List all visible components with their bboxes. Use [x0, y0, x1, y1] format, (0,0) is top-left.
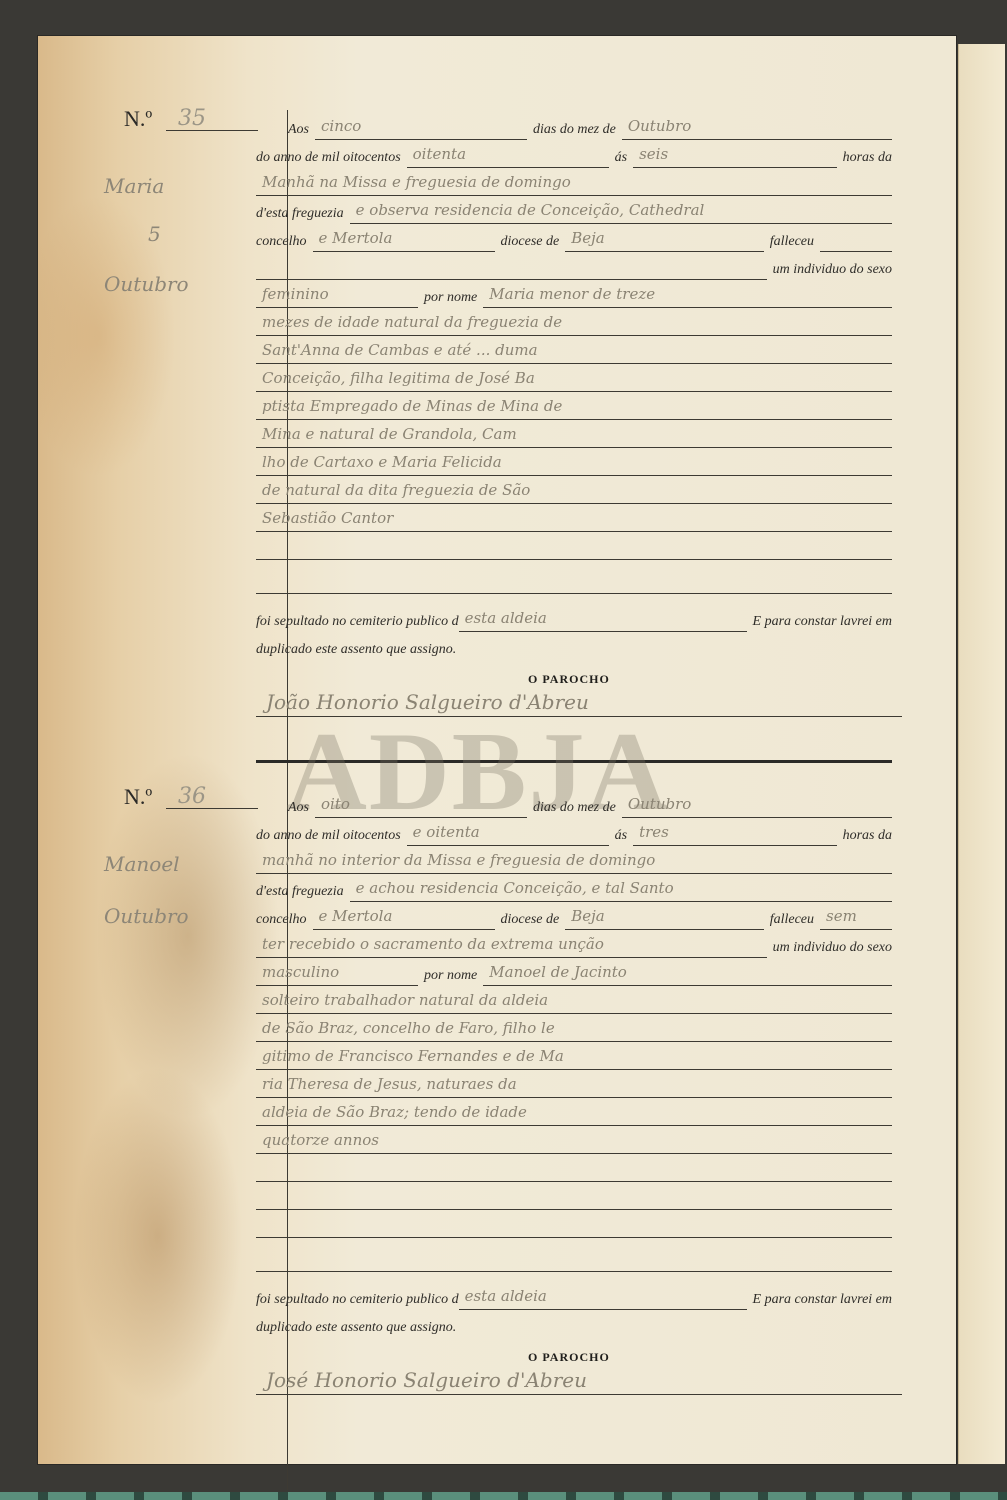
margin-note-month: Outubro [104, 272, 189, 296]
body-line: Conceição, filha legitima de José Ba [256, 366, 892, 392]
body-line [256, 1246, 892, 1272]
year-field: e oitenta [407, 823, 609, 846]
line-anno: do anno de mil oitocentos e oitenta ás t… [256, 820, 892, 846]
body-line: ptista Empregado de Minas de Mina de [256, 394, 892, 420]
line-aos: Aos cinco dias do mez de Outubro [256, 114, 892, 140]
body-line: lho de Cartaxo e Maria Felicida [256, 450, 892, 476]
year-field: oitenta [407, 145, 609, 168]
body-line: solteiro trabalhador natural da aldeia [256, 988, 892, 1014]
line-nome: masculino por nome Manoel de Jacinto [256, 960, 892, 986]
number-label: N.º [124, 106, 152, 132]
line-3: manhã no interior da Missa e freguesia d… [256, 848, 892, 874]
line-sepultado: foi sepultado no cemiterio publico d est… [256, 1284, 892, 1310]
hour-field: tres [633, 823, 836, 846]
body-line [256, 1156, 892, 1182]
diocese-field: Beja [565, 907, 763, 930]
line-sexo: um individuo do sexo [256, 254, 892, 280]
county-field: e Mertola [313, 907, 495, 930]
hour-field: seis [633, 145, 836, 168]
body-line [256, 534, 892, 560]
line-freguezia: d'esta freguezia e observa residencia de… [256, 198, 892, 224]
body-line: mezes de idade natural da freguezia de [256, 310, 892, 336]
line-anno: do anno de mil oitocentos oitenta ás sei… [256, 142, 892, 168]
parish-priest-label: O PAROCHO [528, 672, 610, 687]
body-line [256, 568, 892, 594]
line-nome: feminino por nome Maria menor de treze [256, 282, 892, 308]
line-3: Manhã na Missa e freguesia de domingo [256, 170, 892, 196]
parish-priest-label: O PAROCHO [528, 1350, 610, 1365]
line-concelho: concelho e Mertola diocese de Beja falle… [256, 226, 892, 252]
margin-note-name: Manoel [104, 852, 180, 876]
body-line: ria Theresa de Jesus, naturaes da [256, 1072, 892, 1098]
line-sexo: ter recebido o sacramento da extrema unç… [256, 932, 892, 958]
parish-field: e observa residencia de Conceição, Cathe… [350, 201, 892, 224]
body-line: Sant'Anna de Cambas e até ... duma [256, 338, 892, 364]
diocese-field: Beja [565, 229, 763, 252]
line-sepultado: foi sepultado no cemiterio publico d est… [256, 606, 892, 632]
body-line [256, 1212, 892, 1238]
record-number: 36 [166, 784, 258, 809]
body-line [256, 1184, 892, 1210]
margin-note-month: Outubro [104, 904, 189, 928]
cemetery-field: esta aldeia [459, 609, 747, 632]
body-line: gitimo de Francisco Fernandes e de Ma [256, 1044, 892, 1070]
body-line: aldeia de São Braz; tendo de idade [256, 1100, 892, 1126]
line-aos: Aos oito dias do mez de Outubro [256, 792, 892, 818]
body-line: de São Braz, concelho de Faro, filho le [256, 1016, 892, 1042]
line-freguezia: d'esta freguezia e achou residencia Conc… [256, 876, 892, 902]
name-field: Manoel de Jacinto [483, 963, 892, 986]
cemetery-field: esta aldeia [459, 1287, 747, 1310]
margin-note-name: Maria [104, 174, 164, 198]
month-field: Outubro [622, 117, 892, 140]
body-line: de natural da dita freguezia de São [256, 478, 892, 504]
bottom-color-strip [0, 1492, 1007, 1500]
county-field: e Mertola [313, 229, 495, 252]
record-number: 35 [166, 106, 258, 131]
sex-field: feminino [256, 285, 418, 308]
line-duplicado: duplicado este assento que assigno. [256, 1312, 892, 1338]
line-duplicado: duplicado este assento que assigno. [256, 634, 892, 660]
day-field: cinco [315, 117, 527, 140]
body-line: quatorze annos [256, 1128, 892, 1154]
number-label: N.º [124, 784, 152, 810]
parish-field: e achou residencia Conceição, e tal Sant… [350, 879, 892, 902]
adjacent-page-edge [958, 44, 1005, 1464]
name-field: Maria menor de treze [483, 285, 892, 308]
month-field: Outubro [622, 795, 892, 818]
priest-signature: José Honorio Salgueiro d'Abreu [256, 1368, 902, 1395]
margin-note-day: 5 [148, 222, 161, 246]
sex-field: masculino [256, 963, 418, 986]
line-concelho: concelho e Mertola diocese de Beja falle… [256, 904, 892, 930]
register-page: N.º 35 Maria 5 Outubro Aos cinco dias do… [38, 36, 956, 1464]
day-field: oito [315, 795, 527, 818]
body-line: Sebastião Cantor [256, 506, 892, 532]
body-line: Mina e natural de Grandola, Cam [256, 422, 892, 448]
